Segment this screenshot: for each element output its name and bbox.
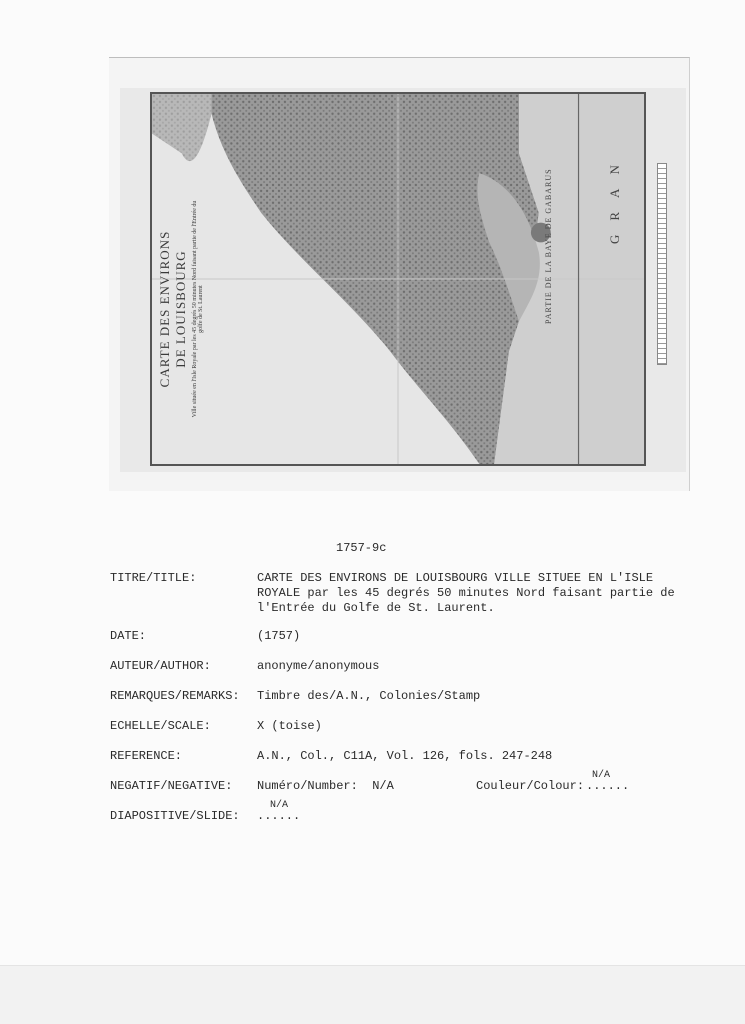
page-bottom-edge (0, 965, 745, 1024)
colour-value: N/A (592, 770, 610, 781)
map-subtitle: Ville située en l'Isle Royale par les 45… (192, 199, 204, 419)
scale-label: ECHELLE/SCALE: (110, 719, 211, 733)
negative-number-value: Numéro/Number: N/A (257, 779, 394, 793)
reference-value: A.N., Col., C11A, Vol. 126, fols. 247-24… (257, 749, 552, 763)
map-scale-ruler (657, 163, 667, 365)
colour-dots: ...... (586, 779, 629, 793)
catalogue-card: CARTE DES ENVIRONS DE LOUISBOURG Ville s… (0, 0, 745, 965)
title-label: TITRE/TITLE: (110, 571, 196, 585)
map-photograph: CARTE DES ENVIRONS DE LOUISBOURG Ville s… (120, 88, 686, 472)
author-value: anonyme/anonymous (257, 659, 379, 673)
map-sea-label: GRAN (607, 124, 623, 244)
remarks-value: Timbre des/A.N., Colonies/Stamp (257, 689, 480, 703)
slide-label: DIAPOSITIVE/SLIDE: (110, 809, 240, 823)
date-label: DATE: (110, 629, 146, 643)
remarks-label: REMARQUES/REMARKS: (110, 689, 240, 703)
map-frame: CARTE DES ENVIRONS DE LOUISBOURG Ville s… (150, 92, 646, 466)
date-value: (1757) (257, 629, 300, 643)
map-title-line2: DE LOUISBOURG (173, 199, 189, 419)
scale-value: X (toise) (257, 719, 322, 733)
map-title-line1: CARTE DES ENVIRONS (157, 199, 173, 419)
slide-dots: ...... (257, 809, 300, 823)
map-bay-label: PARTIE DE LA BAYE DE GABARUS (544, 164, 558, 324)
title-value: CARTE DES ENVIRONS DE LOUISBOURG VILLE S… (257, 571, 677, 616)
negative-label: NEGATIF/NEGATIVE: (110, 779, 232, 793)
author-label: AUTEUR/AUTHOR: (110, 659, 211, 673)
fiche-number: 1757-9c (336, 541, 386, 555)
slide-value: N/A (270, 800, 288, 811)
map-cartouche: CARTE DES ENVIRONS DE LOUISBOURG Ville s… (157, 199, 227, 419)
colour-label: Couleur/Colour: (476, 779, 584, 793)
reference-label: REFERENCE: (110, 749, 182, 763)
